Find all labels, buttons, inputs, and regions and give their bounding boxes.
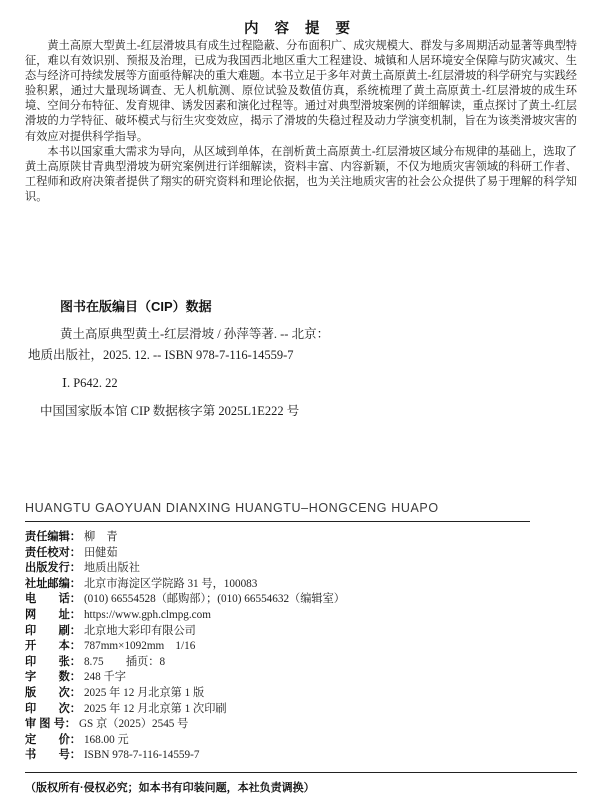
cip-block: 图书在版编目（CIP）数据 黄土高原典型黄土-红层滑坡 / 孙萍等著. -- 北… <box>28 297 558 421</box>
colophon-row: 书 号： ISBN 978-7-116-14559-7 <box>25 748 577 764</box>
colophon-label: 印 张： <box>25 655 81 671</box>
colophon-label: 印 刷： <box>25 624 81 640</box>
colophon-label: 定 价： <box>25 733 81 749</box>
colophon-value: 北京市海淀区学院路 31 号，100083 <box>84 577 257 593</box>
colophon-label: 印 次： <box>25 702 81 718</box>
colophon-value: https://www.gph.clmpg.com <box>84 608 211 624</box>
colophon-label: 网 址： <box>25 608 81 624</box>
cip-heading: 图书在版编目（CIP）数据 <box>60 297 558 316</box>
cip-classification: Ⅰ. P642. 22 <box>62 374 558 393</box>
colophon-row: 定 价： 168.00 元 <box>25 733 577 749</box>
colophon-row: 版 次： 2025 年 12 月北京第 1 版 <box>25 686 577 702</box>
colophon-row: 出版发行： 地质出版社 <box>25 561 577 577</box>
colophon-row: 责任校对： 田健茹 <box>25 546 577 562</box>
colophon-value: GS 京（2025）2545 号 <box>79 717 188 733</box>
colophon-label: 审 图 号： <box>25 717 76 733</box>
colophon-value: 2025 年 12 月北京第 1 版 <box>84 686 204 702</box>
colophon-label: 责任编辑： <box>25 530 81 546</box>
colophon-row: 印 刷： 北京地大彩印有限公司 <box>25 624 577 640</box>
colophon-row: 印 次： 2025 年 12 月北京第 1 次印刷 <box>25 702 577 718</box>
summary-paragraph: 本书以国家重大需求为导向，从区域到单体，在剖析黄土高原黄土-红层滑坡区域分布规律… <box>25 145 577 205</box>
footer-rule <box>25 772 577 773</box>
colophon-label: 社址邮编： <box>25 577 81 593</box>
colophon-row: 字 数： 248 千字 <box>25 670 577 686</box>
cip-record-number: 中国国家版本馆 CIP 数据核字第 2025L1E222 号 <box>40 402 558 421</box>
colophon-list: 责任编辑： 柳 青 责任校对： 田健茹 出版发行： 地质出版社 社址邮编： 北京… <box>25 530 577 764</box>
colophon-label: 电 话： <box>25 592 81 608</box>
colophon-value: ISBN 978-7-116-14559-7 <box>84 748 200 764</box>
colophon-row: 网 址： https://www.gph.clmpg.com <box>25 608 577 624</box>
content-summary: 黄土高原大型黄土-红层滑坡具有成生过程隐蔽、分布面积广、成灾规模大、群发与多周期… <box>25 39 577 205</box>
colophon-row: 印 张： 8.75 插页：8 <box>25 655 577 671</box>
colophon-value: 北京地大彩印有限公司 <box>84 624 196 640</box>
colophon-value: 787mm×1092mm 1/16 <box>84 639 195 655</box>
colophon-value: 248 千字 <box>84 670 126 686</box>
colophon-row: 电 话： (010) 66554528（邮购部）；(010) 66554632（… <box>25 592 577 608</box>
colophon-value: 2025 年 12 月北京第 1 次印刷 <box>84 702 227 718</box>
cip-publisher-line: 地质出版社，2025. 12. -- ISBN 978-7-116-14559-… <box>28 346 558 365</box>
colophon-row: 社址邮编： 北京市海淀区学院路 31 号，100083 <box>25 577 577 593</box>
colophon-value: 柳 青 <box>84 530 118 546</box>
colophon-label: 责任校对： <box>25 546 81 562</box>
colophon-label: 字 数： <box>25 670 81 686</box>
colophon-value: 8.75 插页：8 <box>84 655 165 671</box>
colophon-row: 审 图 号： GS 京（2025）2545 号 <box>25 717 577 733</box>
colophon-row: 责任编辑： 柳 青 <box>25 530 577 546</box>
colophon-label: 版 次： <box>25 686 81 702</box>
summary-paragraph: 黄土高原大型黄土-红层滑坡具有成生过程隐蔽、分布面积广、成灾规模大、群发与多周期… <box>25 39 577 145</box>
copyright-notice: （版权所有·侵权必究；如本书有印装问题，本社负责调换） <box>25 779 577 795</box>
pinyin-underline <box>25 521 530 522</box>
colophon-value: 地质出版社 <box>84 561 140 577</box>
colophon-label: 书 号： <box>25 748 81 764</box>
colophon-value: 168.00 元 <box>84 733 129 749</box>
colophon-row: 开 本： 787mm×1092mm 1/16 <box>25 639 577 655</box>
colophon-value: (010) 66554528（邮购部）；(010) 66554632（编辑室） <box>84 592 345 608</box>
pinyin-title: HUANGTU GAOYUAN DIANXING HUANGTU–HONGCEN… <box>25 501 575 515</box>
colophon-label: 出版发行： <box>25 561 81 577</box>
cip-title-line: 黄土高原典型黄土-红层滑坡 / 孙萍等著. -- 北京： <box>60 325 558 344</box>
colophon-label: 开 本： <box>25 639 81 655</box>
summary-title: 内 容 提 要 <box>0 17 600 38</box>
colophon-value: 田健茹 <box>84 546 118 562</box>
